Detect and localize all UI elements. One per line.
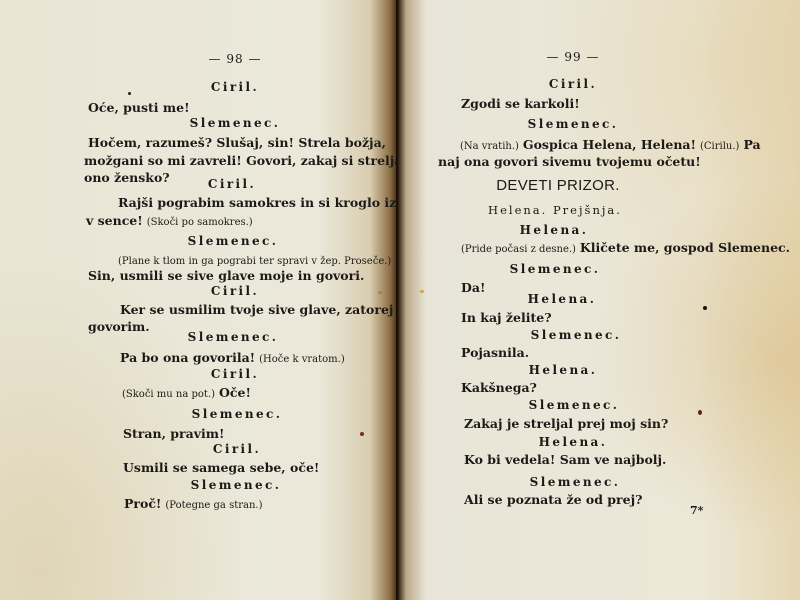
ink-speck (360, 432, 364, 436)
speaker-label: Helena. (520, 223, 589, 237)
dialogue-line: Pojasnila. (461, 345, 529, 360)
dialogue-line: Zakaj je streljal prej moj sin? (464, 416, 668, 431)
stage-direction: (Cirilu.) (700, 141, 739, 152)
dialogue-line: Zgodi se karkoli! (461, 96, 580, 111)
dialogue-text: Gospica Helena, Helena! (523, 137, 696, 152)
stain-speck (420, 290, 424, 293)
cast-list: Helena. Prejšnja. (488, 203, 622, 217)
speaker-label: Slemenec. (528, 117, 619, 131)
dialogue-line: Sin, usmili se sive glave moje in govori… (88, 268, 364, 283)
dialogue-line: naj ona govori sivemu tvojemu očetu! (438, 154, 701, 169)
book-spread: — 98 — Ciril. Oće, pusti me! Slemenec. H… (0, 0, 800, 600)
speaker-label: Slemenec. (188, 330, 279, 344)
dialogue-line: Kakšnega? (461, 380, 537, 395)
dialogue-text: Pa bo ona govorila! (120, 350, 255, 365)
dialogue-line: Hočem, razumeš? Slušaj, sin! Strela božj… (88, 135, 371, 150)
speaker-label: Slemenec. (531, 328, 622, 342)
speaker-label: Slemenec. (530, 475, 621, 489)
page-number: — 99 — (547, 50, 600, 64)
speaker-label: Helena. (529, 363, 598, 377)
dialogue-line: Ko bi vedela! Sam ve najbolj. (464, 452, 666, 467)
speaker-label: Ciril. (213, 442, 261, 456)
dialogue-text: Pa (743, 137, 760, 152)
dialogue-line: govorim. (88, 319, 150, 334)
dialogue-line: In kaj želite? (461, 310, 552, 325)
dialogue-line: (Na vratih.) Gospica Helena, Helena! (Ci… (460, 137, 720, 152)
ink-speck (698, 410, 702, 415)
dialogue-text: v sence! (86, 213, 143, 228)
stain-speck (378, 291, 382, 294)
dialogue-line: Ker se usmilim tvoje sive glave, zatorej… (120, 302, 373, 317)
dialogue-text: Proč! (124, 496, 161, 511)
dialogue-line: Oće, pusti me! (88, 100, 190, 115)
speaker-label: Helena. (539, 435, 608, 449)
speaker-label: Ciril. (211, 284, 259, 298)
speaker-label: Slemenec. (190, 116, 281, 130)
dialogue-line: Rajši pograbim samokres in si kroglo izp… (118, 195, 371, 210)
left-page: — 98 — Ciril. Oće, pusti me! Slemenec. H… (0, 0, 398, 600)
speaker-label: Ciril. (211, 367, 259, 381)
dialogue-line: (Pride počasi z desne.) Kličete me, gosp… (461, 240, 790, 255)
ink-speck (128, 92, 131, 95)
dialogue-line: Stran, pravim! (123, 426, 224, 441)
ink-speck (703, 306, 707, 310)
dialogue-line: Pa bo ona govorila! (Hoče k vratom.) (120, 350, 345, 365)
stage-direction: (Potegne ga stran.) (165, 500, 262, 511)
page-number: — 98 — (209, 52, 262, 66)
speaker-label: Slemenec. (188, 234, 279, 248)
scene-heading: DEVETI PRIZOR. (496, 177, 619, 194)
signature-mark: 7* (690, 504, 703, 517)
dialogue-line: ono žensko? (84, 170, 170, 185)
dialogue-line: v sence! (Skoči po samokres.) (86, 213, 253, 228)
speaker-label: Slemenec. (191, 478, 282, 492)
speaker-label: Ciril. (211, 80, 259, 94)
stage-direction: (Plane k tlom in ga pograbi ter spravi v… (118, 256, 391, 267)
dialogue-line: (Skoči mu na pot.) Oče! (122, 385, 251, 400)
dialogue-line: Usmili se samega sebe, oče! (123, 460, 319, 475)
stage-direction: (Hoče k vratom.) (259, 354, 345, 365)
stage-direction: (Na vratih.) (460, 141, 519, 152)
speaker-label: Slemenec. (529, 398, 620, 412)
speaker-label: Slemenec. (192, 407, 283, 421)
speaker-label: Helena. (528, 292, 597, 306)
dialogue-text: Kličete me, gospod Slemenec. (580, 240, 790, 255)
speaker-label: Ciril. (549, 77, 597, 91)
dialogue-line: možgani so mi zavreli! Govori, zakaj si … (84, 153, 371, 168)
stage-direction: (Skoči mu na pot.) (122, 389, 215, 400)
stage-direction: (Pride počasi z desne.) (461, 244, 576, 255)
speaker-label: Ciril. (208, 177, 256, 191)
stage-direction: (Skoči po samokres.) (147, 217, 253, 228)
dialogue-line: Da! (461, 280, 485, 295)
dialogue-text: Oče! (219, 385, 251, 400)
right-page: — 99 — Ciril. Zgodi se karkoli! Slemenec… (398, 0, 800, 600)
speaker-label: Slemenec. (510, 262, 601, 276)
dialogue-line: Ali se poznata že od prej? (464, 492, 642, 507)
dialogue-line: Proč! (Potegne ga stran.) (124, 496, 262, 511)
